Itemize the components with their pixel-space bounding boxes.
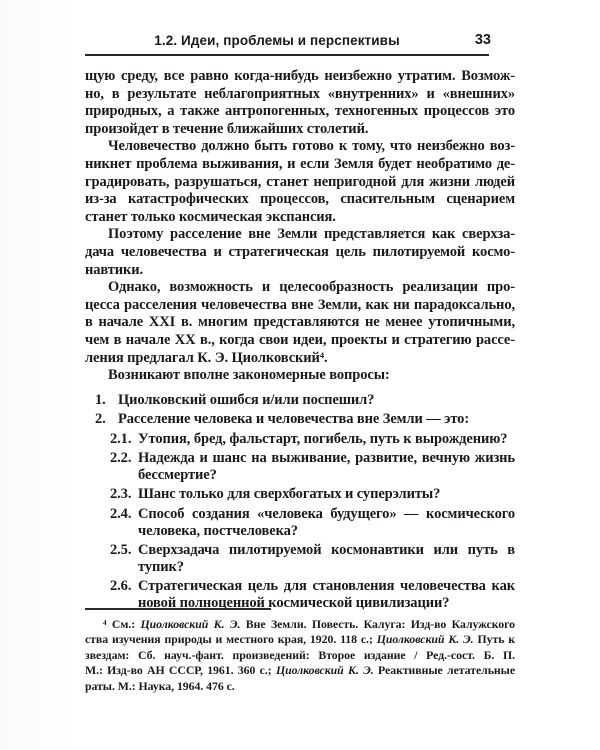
list-item: 2.6.Стратегическая цель для становления …: [85, 578, 515, 612]
text-line: Стратегическая цель для становления чело…: [138, 578, 515, 595]
footnote-author-italic: Циолковский К. Э.: [377, 632, 474, 646]
list-item-number: 2.: [95, 411, 118, 428]
footnote-segment: ства изучения природы и местного края, 1…: [85, 632, 377, 646]
paragraph: Однако, возможность и целесообразность р…: [85, 279, 515, 367]
footnote-author-italic: Циолковский К. Э.: [276, 663, 374, 677]
list-item-text: Стратегическая цель для становления чело…: [138, 578, 515, 612]
text-line: ления предлагал К. Э. Циолковский⁴.: [85, 350, 515, 368]
list-item: 2.3.Шанс только для сверхбогатых и супер…: [85, 486, 515, 503]
text-line: Однако, возможность и целесообразность р…: [85, 279, 515, 297]
footnote-segment: ⁴ См.:: [103, 617, 141, 631]
text-line: в начале XXI в. многим представляются не…: [85, 314, 515, 332]
footnote: ⁴ См.: Циолковский К. Э. Вне Земли. Пове…: [85, 608, 515, 694]
header-rule: [85, 54, 489, 56]
list-item-text: Расселение человека и человечества вне З…: [118, 411, 515, 428]
text-line: Утопия, бред, фальстарт, погибель, путь …: [138, 431, 515, 448]
list-item: 2.5.Сверхзадача пилотируемой космонавтик…: [85, 542, 515, 576]
text-line: природных, а также антропогенных, техног…: [85, 103, 515, 121]
list-item: 2.2.Надежда и шанс на выживание, развити…: [85, 450, 515, 484]
text-line: Человечество должно быть готово к тому, …: [85, 138, 515, 156]
text-line: дача человечества и стратегическая цель …: [85, 244, 515, 262]
paragraph: щую среду, все равно когда-нибудь неизбе…: [85, 68, 515, 138]
running-header: 1.2. Идеи, проблемы и перспективы 33: [85, 33, 515, 50]
text-line: бессмертие?: [138, 467, 515, 484]
text-line: Расселение человека и человечества вне З…: [118, 411, 515, 428]
page-number: 33: [475, 32, 491, 48]
text-line: Сверхзадача пилотируемой космонавтики ил…: [138, 542, 515, 559]
list-item-number: 2.6.: [110, 578, 138, 612]
footnote-rule: [85, 608, 271, 610]
list-item: 2.4.Способ создания «человека будущего» …: [85, 506, 515, 540]
list-item-number: 1.: [95, 392, 118, 409]
numbered-list: 1.Циолковский ошибся и/или поспешил?2.Ра…: [85, 392, 515, 612]
text-line: градировать, разрушаться, станет неприго…: [85, 174, 515, 192]
footnote-text: ⁴ См.: Циолковский К. Э. Вне Земли. Пове…: [85, 617, 515, 694]
text-line: чем в начале XX в., когда свои идеи, про…: [85, 332, 515, 350]
footnote-line: раты. М.: Наука, 1964. 476 с.: [85, 679, 515, 694]
footnote-segment: раты. М.: Наука, 1964. 476 с.: [85, 679, 235, 693]
list-item-text: Циолковский ошибся и/или поспешил?: [118, 392, 515, 409]
footnote-author-italic: Циолковский К. Э.: [141, 617, 241, 631]
footnote-segment: М.: Изд-во АН СССР, 1961. 360 с.;: [85, 663, 276, 677]
paragraph: Поэтому расселение вне Земли представляе…: [85, 226, 515, 279]
text-line: из-за катастрофических процессов, спасит…: [85, 191, 515, 209]
text-line: Поэтому расселение вне Земли представляе…: [85, 226, 515, 244]
text-line: произойдет в течение ближайших столетий.: [85, 121, 515, 139]
paragraphs: щую среду, все равно когда-нибудь неизбе…: [85, 68, 515, 385]
list-item-number: 2.1.: [110, 431, 138, 448]
text-line: цесса расселения человечества вне Земли,…: [85, 297, 515, 315]
page-content: 1.2. Идеи, проблемы и перспективы 33 щую…: [85, 33, 515, 612]
book-page: 1.2. Идеи, проблемы и перспективы 33 щую…: [0, 0, 600, 750]
footnote-line: ⁴ См.: Циолковский К. Э. Вне Земли. Пове…: [85, 617, 515, 632]
text-line: станет только космическая экспансия.: [85, 209, 515, 227]
text-line: навтики.: [85, 262, 515, 280]
list-item-text: Шанс только для сверхбогатых и суперэлит…: [138, 486, 515, 503]
list-item-text: Сверхзадача пилотируемой космонавтики ил…: [138, 542, 515, 576]
text-line: Способ создания «человека будущего» — ко…: [138, 506, 515, 523]
footnote-segment: звездам: Сб. науч.-фант. произведений: В…: [85, 648, 515, 663]
footnote-line: звездам: Сб. науч.-фант. произведений: В…: [85, 648, 515, 663]
list-item: 2.1.Утопия, бред, фальстарт, погибель, п…: [85, 431, 515, 448]
list-item-text: Надежда и шанс на выживание, развитие, в…: [138, 450, 515, 484]
text-line: Возникают вполне закономерные вопросы:: [85, 367, 515, 385]
section-title: 1.2. Идеи, проблемы и перспективы: [85, 33, 515, 48]
list-item-number: 2.4.: [110, 506, 138, 540]
text-line: но, в результате неблагоприятных «внутре…: [85, 86, 515, 104]
text-line: тупик?: [138, 559, 515, 576]
footnote-line: М.: Изд-во АН СССР, 1961. 360 с.; Циолко…: [85, 663, 515, 678]
scan-shading: [0, 0, 78, 750]
list-item-text: Утопия, бред, фальстарт, погибель, путь …: [138, 431, 515, 448]
list-item: 2.Расселение человека и человечества вне…: [85, 411, 515, 428]
text-line: щую среду, все равно когда-нибудь неизбе…: [85, 68, 515, 86]
list-item-number: 2.3.: [110, 486, 138, 503]
list-item: 1.Циолковский ошибся и/или поспешил?: [85, 392, 515, 409]
text-line: Шанс только для сверхбогатых и суперэлит…: [138, 486, 515, 503]
text-line: никнет проблема выживания, и если Земля …: [85, 156, 515, 174]
footnote-segment: Путь к: [474, 632, 515, 646]
text-line: Циолковский ошибся и/или поспешил?: [118, 392, 515, 409]
paragraph: Возникают вполне закономерные вопросы:: [85, 367, 515, 385]
list-item-number: 2.2.: [110, 450, 138, 484]
list-item-number: 2.5.: [110, 542, 138, 576]
footnote-line: ства изучения природы и местного края, 1…: [85, 632, 515, 647]
text-line: Надежда и шанс на выживание, развитие, в…: [138, 450, 515, 467]
paragraph: Человечество должно быть готово к тому, …: [85, 138, 515, 226]
text-line: человека, постчеловека?: [138, 523, 515, 540]
list-item-text: Способ создания «человека будущего» — ко…: [138, 506, 515, 540]
